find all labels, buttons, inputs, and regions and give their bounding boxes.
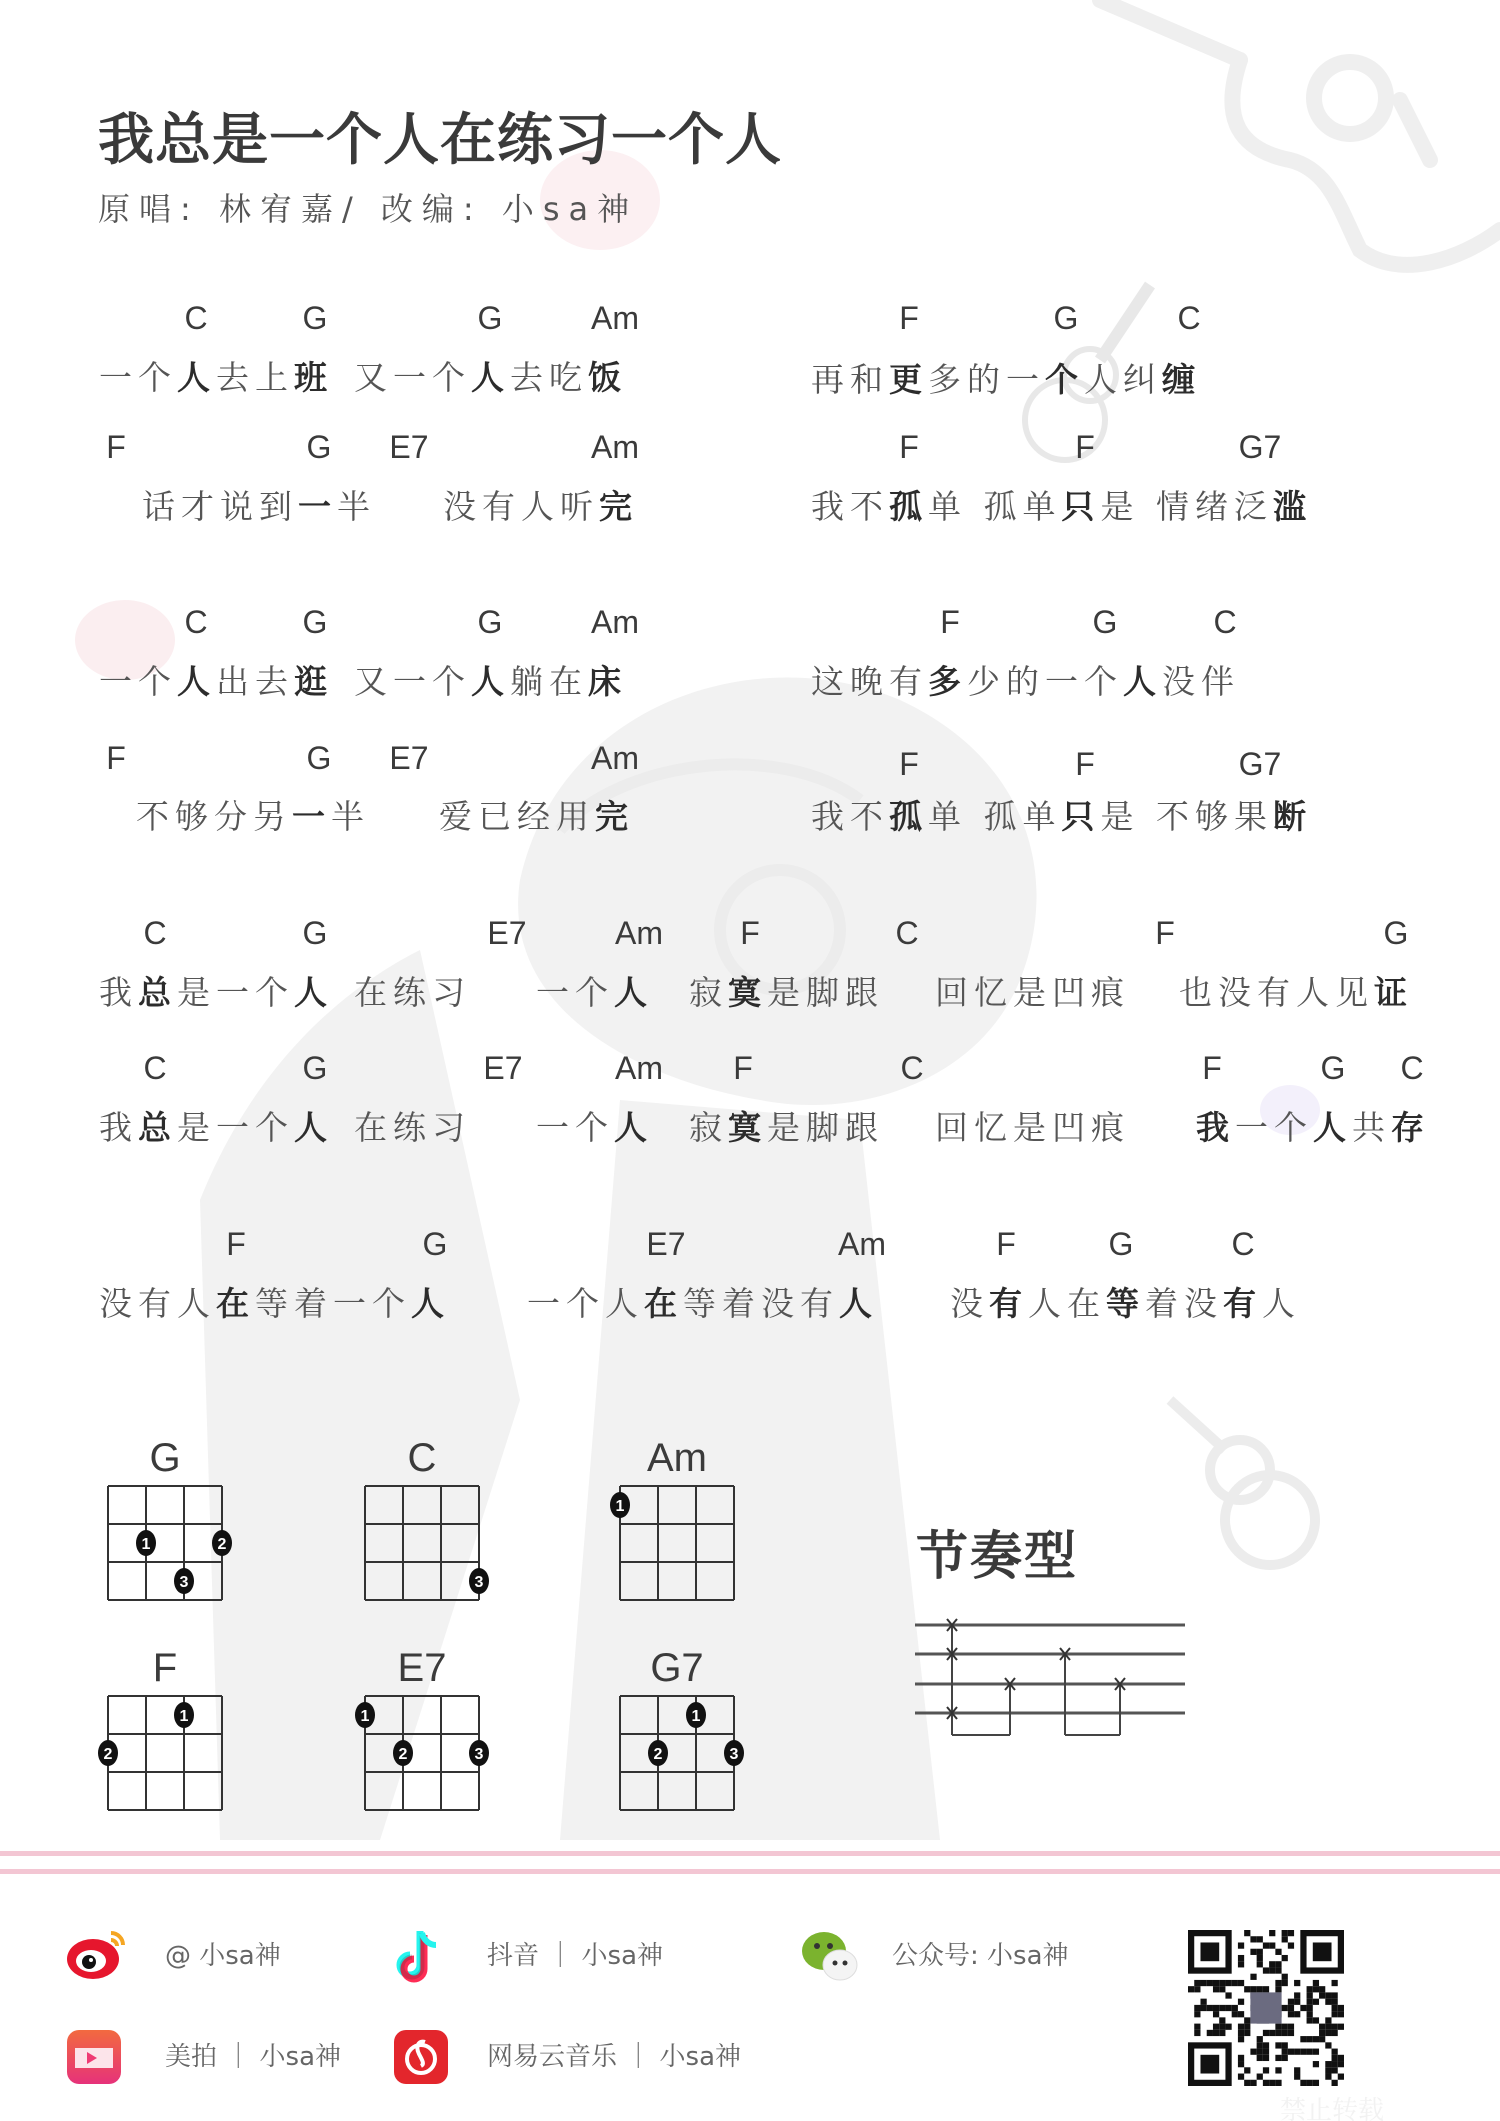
social-link-label[interactable]: 公众号: 小sa神 — [892, 1943, 1069, 1969]
watermark: 禁止转载 — [1280, 2090, 1384, 2121]
social-link-label[interactable]: 美拍 ｜ 小sa神 — [165, 2044, 341, 2070]
weibo-icon[interactable] — [65, 1927, 129, 1987]
footer-divider-top — [0, 1851, 1500, 1856]
social-link-label[interactable]: @ 小sa神 — [165, 1943, 281, 1969]
qr-code[interactable] — [1188, 1930, 1344, 2086]
footer-divider-bottom — [0, 1869, 1500, 1874]
social-link-label[interactable]: 网易云音乐 ｜ 小sa神 — [487, 2044, 741, 2070]
rhythm-pattern-staff — [0, 0, 1500, 2121]
social-link-label[interactable]: 抖音 ｜ 小sa神 — [487, 1943, 663, 1969]
netease-music-icon[interactable] — [392, 2028, 450, 2090]
meipai-icon[interactable] — [65, 2028, 123, 2090]
wechat-icon[interactable] — [798, 1927, 864, 1991]
douyin-icon[interactable] — [392, 1927, 448, 1991]
